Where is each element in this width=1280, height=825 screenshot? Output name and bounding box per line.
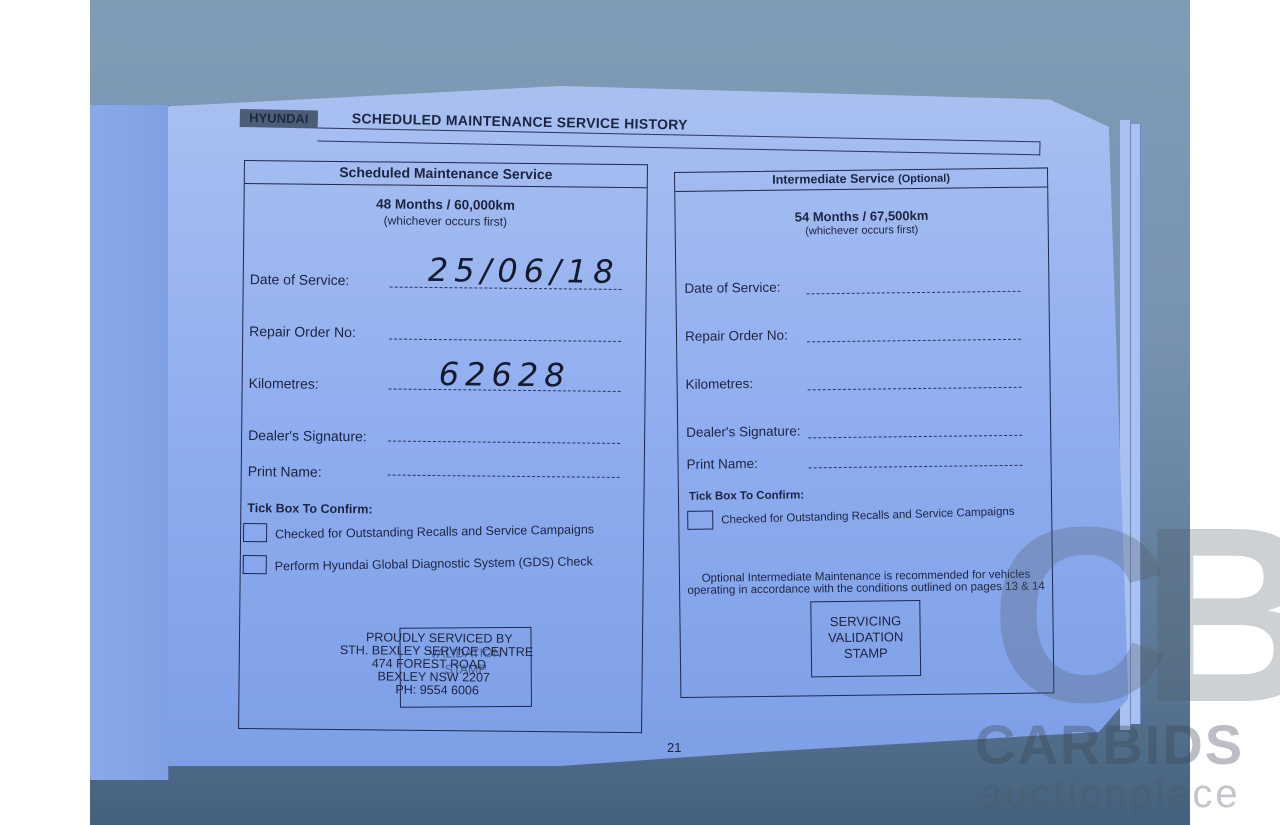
field-label-date: Date of Service: (250, 271, 350, 288)
field-label-print-name: Print Name: (686, 456, 757, 472)
recalls-check-label: Checked for Outstanding Recalls and Serv… (721, 506, 1015, 527)
gds-check-label: Perform Hyundai Global Diagnostic System… (275, 554, 593, 573)
repair-order-field[interactable] (807, 339, 1021, 343)
scheduled-service-box: Scheduled Maintenance Service 48 Months … (238, 160, 648, 733)
tick-heading: Tick Box To Confirm: (247, 501, 372, 516)
field-label-date: Date of Service: (684, 280, 780, 296)
section-title-text: Intermediate Service (772, 171, 894, 186)
kilometres-value: 62628 (439, 355, 571, 394)
brand-label: HYUNDAI (240, 109, 318, 128)
section-title-optional: (Optional) (898, 173, 950, 186)
date-value: 25/06/18 (428, 251, 620, 291)
stamp-line: VALIDATION (812, 629, 920, 646)
carbids-logo-icon: CB (990, 490, 1280, 740)
field-label-repair-order: Repair Order No: (249, 323, 356, 340)
watermark-brand: CARBIDS (975, 712, 1244, 777)
recalls-check-label: Checked for Outstanding Recalls and Serv… (275, 522, 594, 541)
stamp-line: STAMP (812, 645, 920, 662)
print-name-field[interactable] (809, 465, 1023, 469)
page-number: 21 (667, 740, 681, 755)
recalls-checkbox[interactable] (687, 511, 713, 530)
field-label-kilometres: Kilometres: (686, 376, 754, 392)
field-label-signature: Dealer's Signature: (686, 423, 801, 439)
field-label-signature: Dealer's Signature: (248, 427, 367, 444)
left-page-edge (90, 105, 169, 780)
field-label-kilometres: Kilometres: (249, 375, 319, 392)
print-name-field[interactable] (388, 475, 620, 478)
tick-heading: Tick Box To Confirm: (689, 489, 804, 502)
section-title: Scheduled Maintenance Service (245, 161, 647, 188)
stamp-label: SERVICING VALIDATION STAMP (811, 613, 920, 662)
gds-checkbox[interactable] (243, 555, 267, 574)
servicing-validation-stamp-box: VALIDATION STAMP (399, 627, 532, 708)
repair-order-field[interactable] (389, 339, 621, 342)
interval-note: (whichever occurs first) (244, 212, 646, 230)
kilometres-field[interactable] (808, 387, 1022, 391)
service-interval: 48 Months / 60,000km (244, 195, 646, 214)
section-title: Intermediate Service (Optional) (675, 168, 1047, 192)
signature-field[interactable] (388, 441, 620, 444)
recalls-checkbox[interactable] (243, 523, 267, 542)
watermark-tagline: auctionplace (980, 772, 1241, 817)
servicing-validation-stamp-box: SERVICING VALIDATION STAMP (810, 600, 921, 677)
stamp-overlay-line: STAMP (401, 662, 531, 678)
signature-field[interactable] (808, 435, 1022, 439)
stamp-overlay-line: VALIDATION (401, 646, 531, 662)
date-field[interactable] (806, 291, 1020, 295)
field-label-print-name: Print Name: (248, 463, 322, 480)
field-label-repair-order: Repair Order No: (685, 328, 788, 344)
stamp-line: SERVICING (811, 613, 919, 630)
